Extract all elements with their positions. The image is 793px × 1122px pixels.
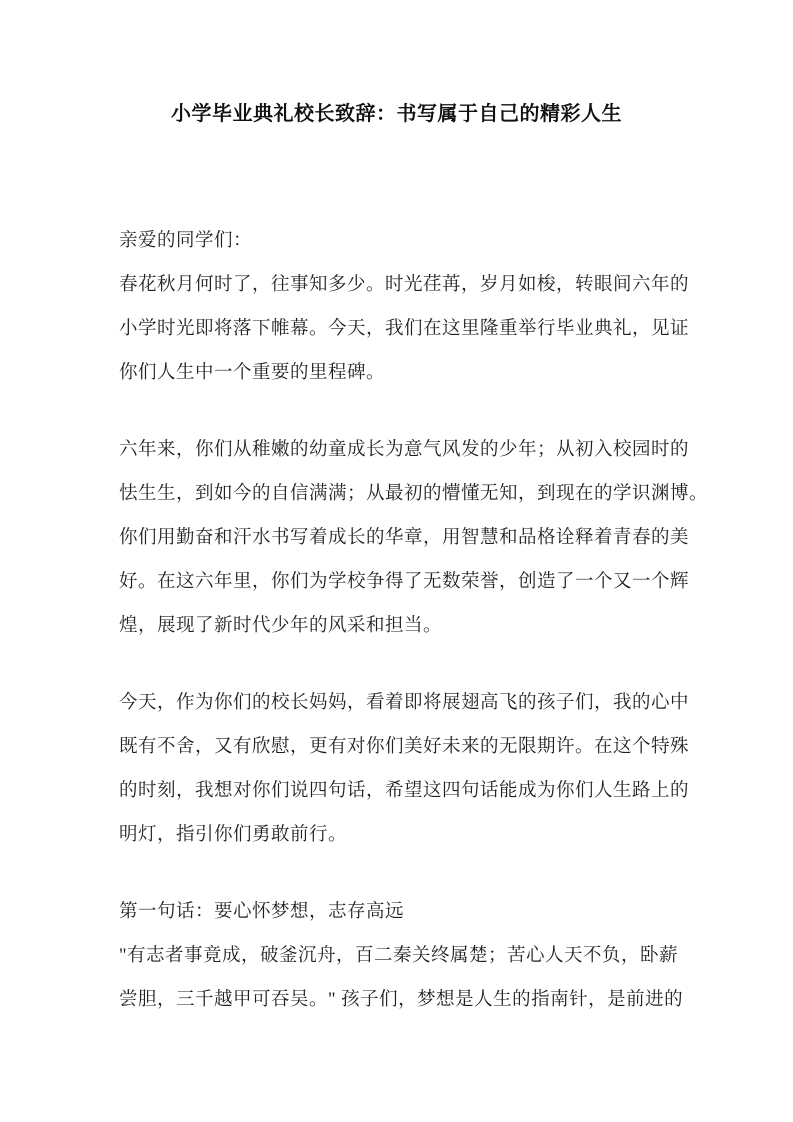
subheading-line: 第一句话：要心怀梦想，志存高远	[119, 890, 677, 934]
document-title: 小学毕业典礼校长致辞：书写属于自己的精彩人生	[0, 0, 793, 128]
text-line: 煌，展现了新时代少年的风采和担当。	[119, 604, 677, 648]
text-line: 春花秋月何时了，往事知多少。时光荏苒，岁月如梭，转眼间六年的	[119, 263, 677, 307]
document-body: 亲爱的同学们： 春花秋月何时了，往事知多少。时光荏苒，岁月如梭，转眼间六年的 小…	[0, 219, 793, 1022]
text-line: 好。在这六年里，你们为学校争得了无数荣誉，创造了一个又一个辉	[119, 560, 677, 604]
text-line: 今天，作为你们的校长妈妈，看着即将展翅高飞的孩子们，我的心中	[119, 681, 677, 725]
document-page: 小学毕业典礼校长致辞：书写属于自己的精彩人生 亲爱的同学们： 春花秋月何时了，往…	[0, 0, 793, 1122]
text-line: 你们用勤奋和汗水书写着成长的华章，用智慧和品格诠释着青春的美	[119, 516, 677, 560]
text-line: 明灯，指引你们勇敢前行。	[119, 813, 677, 857]
text-line: 的时刻，我想对你们说四句话，希望这四句话能成为你们人生路上的	[119, 769, 677, 813]
paragraph-first-message-heading: 第一句话：要心怀梦想，志存高远	[119, 890, 677, 934]
text-line: 尝胆，三千越甲可吞吴。" 孩子们，梦想是人生的指南针，是前进的	[119, 978, 677, 1022]
text-line: "有志者事竟成，破釜沉舟，百二秦关终属楚；苦心人天不负，卧薪	[119, 934, 677, 978]
paragraph-quote: "有志者事竟成，破釜沉舟，百二秦关终属楚；苦心人天不负，卧薪 尝胆，三千越甲可吞…	[119, 934, 677, 1022]
paragraph-principal-wishes: 今天，作为你们的校长妈妈，看着即将展翅高飞的孩子们，我的心中 既有不舍，又有欣慰…	[119, 681, 677, 857]
paragraph-six-years: 六年来，你们从稚嫩的幼童成长为意气风发的少年；从初入校园时的 怯生生，到如今的自…	[119, 428, 677, 648]
text-line: 你们人生中一个重要的里程碑。	[119, 351, 677, 395]
text-line: 怯生生，到如今的自信满满；从最初的懵懂无知，到现在的学识渊博。	[119, 472, 677, 516]
text-line: 亲爱的同学们：	[119, 219, 677, 263]
text-line: 既有不舍，又有欣慰，更有对你们美好未来的无限期许。在这个特殊	[119, 725, 677, 769]
text-line: 小学时光即将落下帷幕。今天，我们在这里隆重举行毕业典礼，见证	[119, 307, 677, 351]
text-line: 六年来，你们从稚嫩的幼童成长为意气风发的少年；从初入校园时的	[119, 428, 677, 472]
paragraph-salutation: 亲爱的同学们：	[119, 219, 677, 263]
paragraph-intro: 春花秋月何时了，往事知多少。时光荏苒，岁月如梭，转眼间六年的 小学时光即将落下帷…	[119, 263, 677, 395]
